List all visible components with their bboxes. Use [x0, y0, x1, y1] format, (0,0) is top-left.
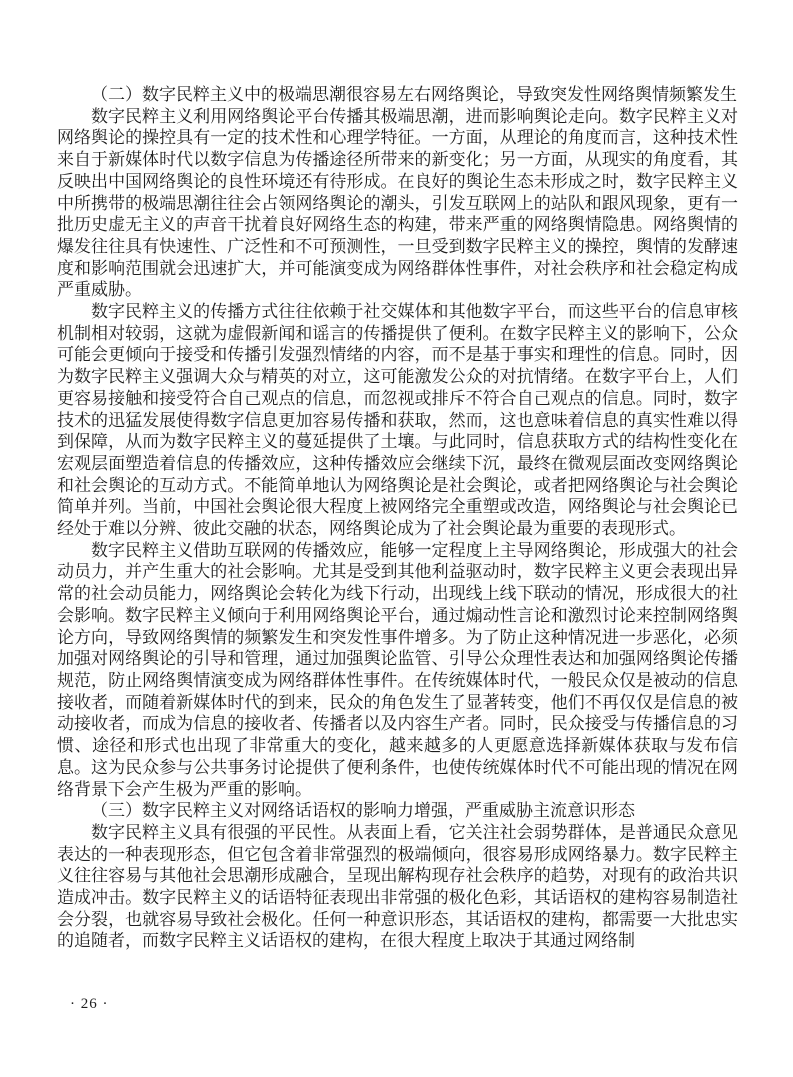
- text-area: （二）数字民粹主义中的极端思潮很容易左右网络舆论，导致突发性网络舆情频繁发生 数…: [57, 84, 738, 952]
- page-number: · 26 ·: [70, 996, 109, 1013]
- paragraph-manipulation-of-opinion: 数字民粹主义利用网络舆论平台传播其极端思潮，进而影响舆论走向。数字民粹主义对网络…: [57, 106, 738, 301]
- paragraph-social-mobilization: 数字民粹主义借助互联网的传播效应，能够一定程度上主导网络舆论，形成强大的社会动员…: [57, 540, 738, 800]
- paragraph-spread-via-social-media: 数字民粹主义的传播方式往往依赖于社交媒体和其他数字平台，而这些平台的信息审核机制…: [57, 301, 738, 540]
- document-page: （二）数字民粹主义中的极端思潮很容易左右网络舆论，导致突发性网络舆情频繁发生 数…: [0, 0, 793, 1077]
- paragraph-discourse-power: 数字民粹主义具有很强的平民性。从表面上看，它关注社会弱势群体，是普通民众意见表达…: [57, 822, 738, 952]
- section-heading-2: （二）数字民粹主义中的极端思潮很容易左右网络舆论，导致突发性网络舆情频繁发生: [57, 84, 738, 106]
- section-heading-3: （三）数字民粹主义对网络话语权的影响力增强，严重威胁主流意识形态: [57, 800, 738, 822]
